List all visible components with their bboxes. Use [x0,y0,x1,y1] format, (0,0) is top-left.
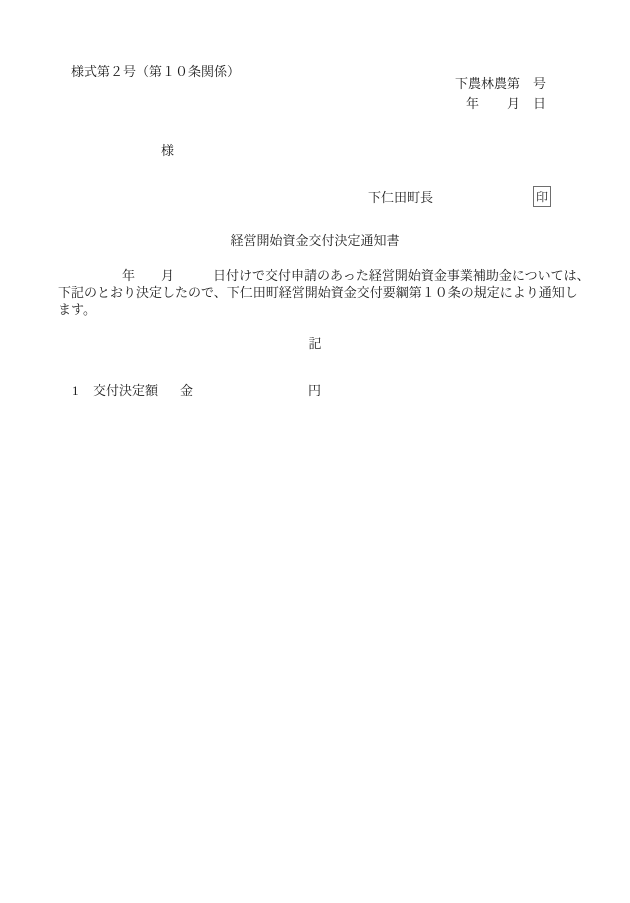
reference-number-prefix: 下農林農第 [455,76,520,92]
form-number: 様式第２号（第１０条関係） [71,64,240,80]
body-line-3: ます。 [58,302,96,318]
addressee-honorific: 様 [161,143,174,159]
item-number: 1 [72,383,79,399]
document-title: 経営開始資金交付決定通知書 [0,233,630,249]
seal-label: 印 [536,191,548,203]
date-year-label: 年 [466,96,479,112]
date-month-label: 月 [507,96,520,112]
sender-title: 下仁田町長 [368,190,433,206]
body-line-2: 下記のとおり決定したので、下仁田町経営開始資金交付要綱第１０条の規定により通知し [58,285,578,301]
body-line-1: 年 月 日付けで交付申請のあった経営開始資金事業補助金については、 [122,268,590,284]
item-label: 交付決定額 [93,383,158,399]
reference-number-suffix: 号 [533,76,546,92]
record-marker: 記 [0,336,630,352]
item-amount-suffix: 円 [308,383,321,399]
date-day-label: 日 [533,96,546,112]
document-page: 様式第２号（第１０条関係） 下農林農第 号 年 月 日 様 下仁田町長 印 経営… [0,0,630,903]
seal-box: 印 [533,186,551,207]
item-amount-prefix: 金 [180,383,193,399]
